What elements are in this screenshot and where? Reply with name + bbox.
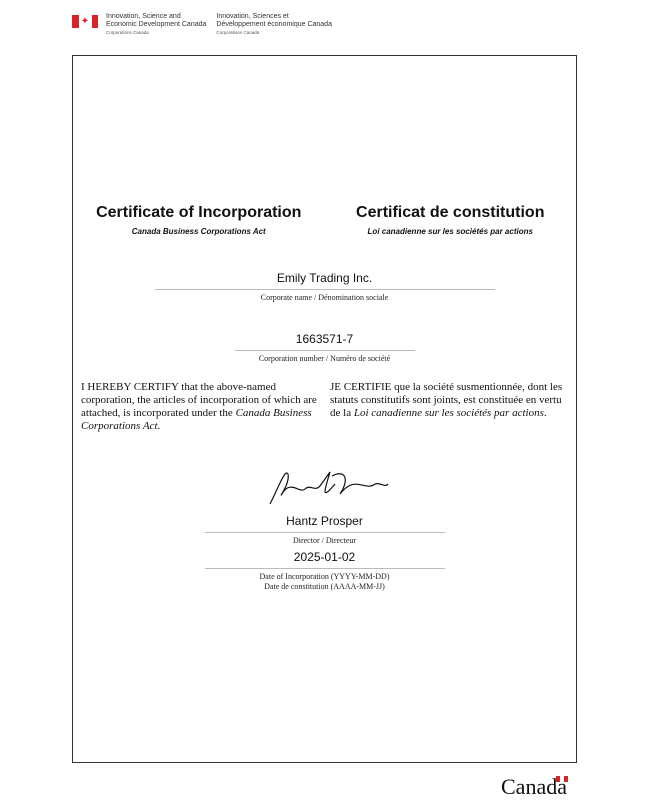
act-fr: Loi canadienne sur les sociétés par acti… [325,227,577,236]
incorporation-date: 2025-01-02 [73,550,576,564]
canada-wordmark: Canada [501,774,567,800]
certify-fr: JE CERTIFIE que la société susmentionnée… [330,381,569,433]
certification-text: I HEREBY CERTIFY that the above-named co… [81,381,569,433]
department-fr: Innovation, Sciences et Développement éc… [216,13,332,36]
title-en: Certificate of Incorporation [73,204,325,222]
director-name: Hantz Prosper [73,514,576,528]
certificate-frame: Certificate of Incorporation Canada Busi… [72,55,577,763]
header: ✦ Innovation, Science and Economic Devel… [72,13,342,36]
corporate-name: Emily Trading Inc. [73,271,576,285]
mini-flag-icon [556,776,568,782]
corporation-number-field: 1663571-7 Corporation number / Numéro de… [73,332,576,364]
title-fr: Certificat de constitution [325,204,577,222]
act-en: Canada Business Corporations Act [73,227,325,236]
signature-block: Hantz Prosper Director / Directeur 2025-… [73,464,576,592]
corporation-number: 1663571-7 [73,332,576,346]
certify-en: I HEREBY CERTIFY that the above-named co… [81,381,320,433]
department-en: Innovation, Science and Economic Develop… [106,13,206,36]
canada-flag-icon: ✦ [72,15,98,28]
signature-image [260,464,390,509]
corporate-name-field: Emily Trading Inc. Corporate name / Déno… [73,271,576,303]
